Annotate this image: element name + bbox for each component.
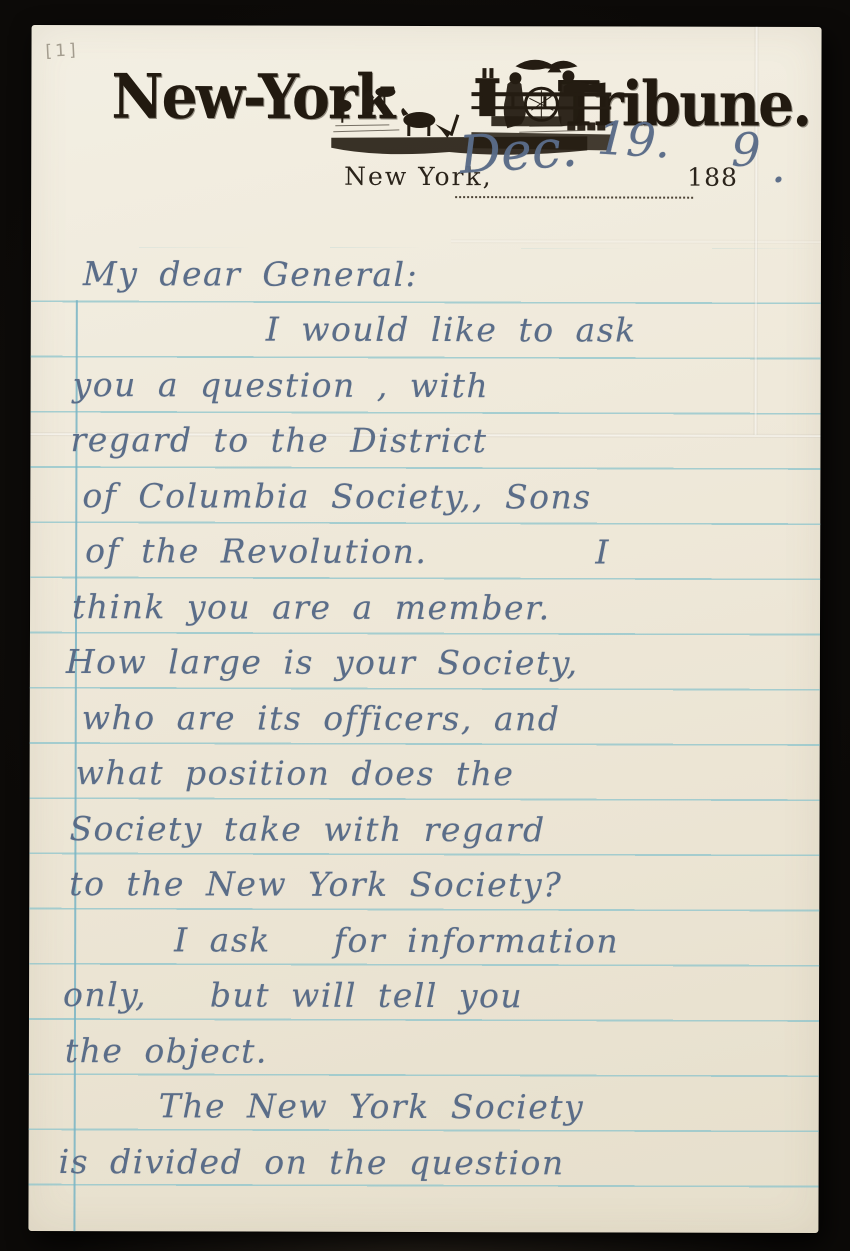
handwritten-line: Society take with regard xyxy=(69,809,545,849)
handwritten-line: How large is your Society, xyxy=(66,642,579,682)
handwritten-line: what position does the xyxy=(76,753,515,793)
handwritten-line: regard to the District xyxy=(70,420,487,460)
handwritten-line: is divided on the question xyxy=(59,1142,565,1182)
horizontal-fold-crease-faint xyxy=(451,239,821,244)
handwritten-day: 19. xyxy=(596,111,672,169)
handwritten-period: . xyxy=(771,139,786,193)
handwritten-line: The New York Society xyxy=(159,1086,585,1126)
handwritten-line: I would like to ask xyxy=(266,310,637,350)
handwritten-month: Dec. xyxy=(457,118,579,186)
handwritten-line: only, but will tell you xyxy=(63,975,523,1015)
handwritten-line: who are its officers, and xyxy=(82,698,561,738)
handwritten-line: I ask for information xyxy=(174,920,619,960)
letter-page: [1] New-York Tribune. xyxy=(28,25,821,1233)
handwritten-line: to the New York Society? xyxy=(69,864,562,904)
handwritten-line: you a question , with xyxy=(73,365,490,405)
handwritten-line: of the Revolution. I xyxy=(85,531,610,571)
handwritten-line: of Columbia Society,, Sons xyxy=(82,476,591,516)
handwritten-line: the object. xyxy=(65,1031,268,1071)
pencil-folio-number: [1] xyxy=(45,40,79,62)
handwritten-line-salutation: My dear General: xyxy=(83,254,418,294)
handwritten-line: think you are a member. xyxy=(72,587,551,627)
handwritten-year-digit: 9 xyxy=(731,123,760,177)
